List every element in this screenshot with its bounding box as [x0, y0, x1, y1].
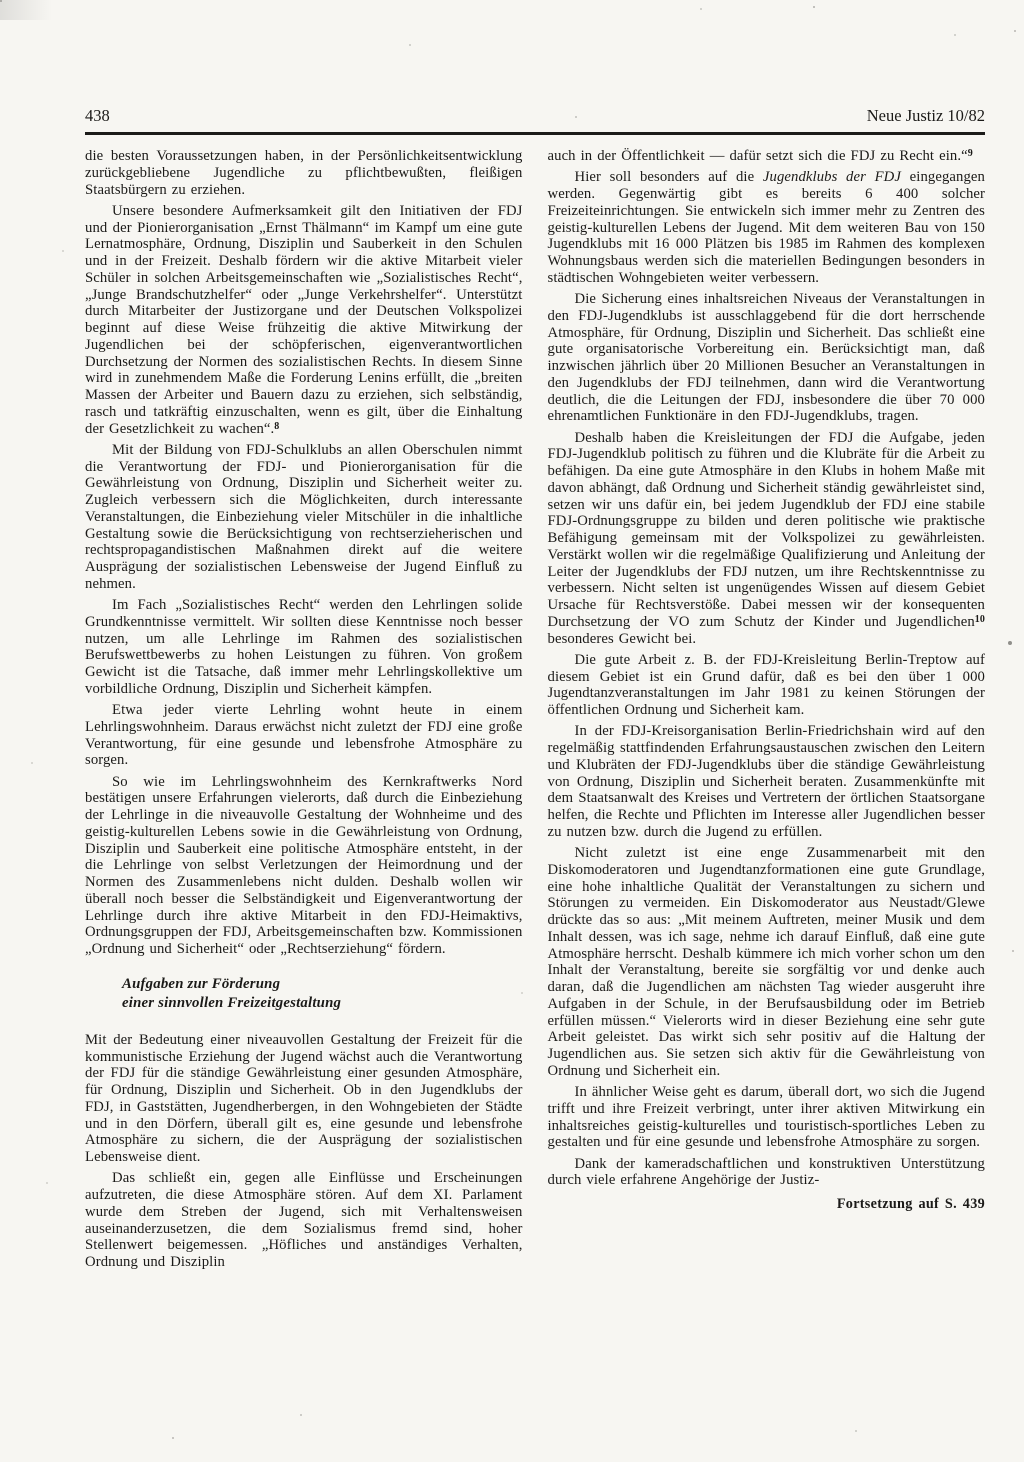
section-heading: Aufgaben zur Förderungeiner sinnvollen F… [122, 975, 523, 1013]
scan-noise [0, 0, 2, 2]
section-heading-line: Aufgaben zur Förderung [122, 976, 280, 992]
paragraph: In ähnlicher Weise geht es darum, überal… [548, 1084, 986, 1151]
column-right: auch in der Öffentlichkeit — dafür setzt… [548, 148, 986, 1275]
paragraph: Die gute Arbeit z. B. der FDJ-Kreisleitu… [548, 652, 986, 719]
paragraph: Mit der Bedeutung einer niveauvollen Ges… [85, 1032, 523, 1166]
header-rule [85, 132, 985, 135]
journal-title: Neue Justiz 10/82 [867, 106, 985, 126]
paragraph: Dank der kameradschaftlichen und konstru… [548, 1156, 986, 1190]
paragraph: Hier soll besonders auf die Jugendklubs … [548, 169, 986, 286]
scan-smudge [0, 0, 52, 20]
paragraph: Etwa jeder vierte Lehrling wohnt heute i… [85, 702, 523, 769]
article-body: die besten Voraussetzungen haben, in der… [85, 148, 985, 1275]
paragraph: die besten Voraussetzungen haben, in der… [85, 148, 523, 198]
paragraph: Nicht zuletzt ist eine enge Zusammenarbe… [548, 845, 986, 1080]
continuation-note: Fortsetzung auf S. 439 [548, 1196, 986, 1213]
paragraph: Das schließt ein, gegen alle Einflüsse u… [85, 1170, 523, 1271]
paragraph: Mit der Bildung von FDJ-Schulklubs an al… [85, 442, 523, 593]
paragraph: Deshalb haben die Kreisleitungen der FDJ… [548, 430, 986, 648]
paragraph: So wie im Lehrlingswohnheim des Kernkraf… [85, 774, 523, 958]
paragraph: auch in der Öffentlichkeit — dafür setzt… [548, 148, 986, 165]
paragraph: In der FDJ-Kreisorganisation Berlin-Frie… [548, 723, 986, 840]
paragraph: Die Sicherung eines inhaltsreichen Nivea… [548, 291, 986, 425]
paragraph: Im Fach „Sozialistisches Recht“ werden d… [85, 597, 523, 698]
page-number: 438 [85, 106, 110, 126]
column-left: die besten Voraussetzungen haben, in der… [85, 148, 523, 1275]
journal-page: 438 Neue Justiz 10/82 die besten Vorauss… [0, 0, 1024, 1462]
page-header: 438 Neue Justiz 10/82 [85, 106, 985, 126]
section-heading-line: einer sinnvollen Freizeitgestaltung [122, 995, 341, 1011]
paragraph: Unsere besondere Aufmerksamkeit gilt den… [85, 203, 523, 438]
